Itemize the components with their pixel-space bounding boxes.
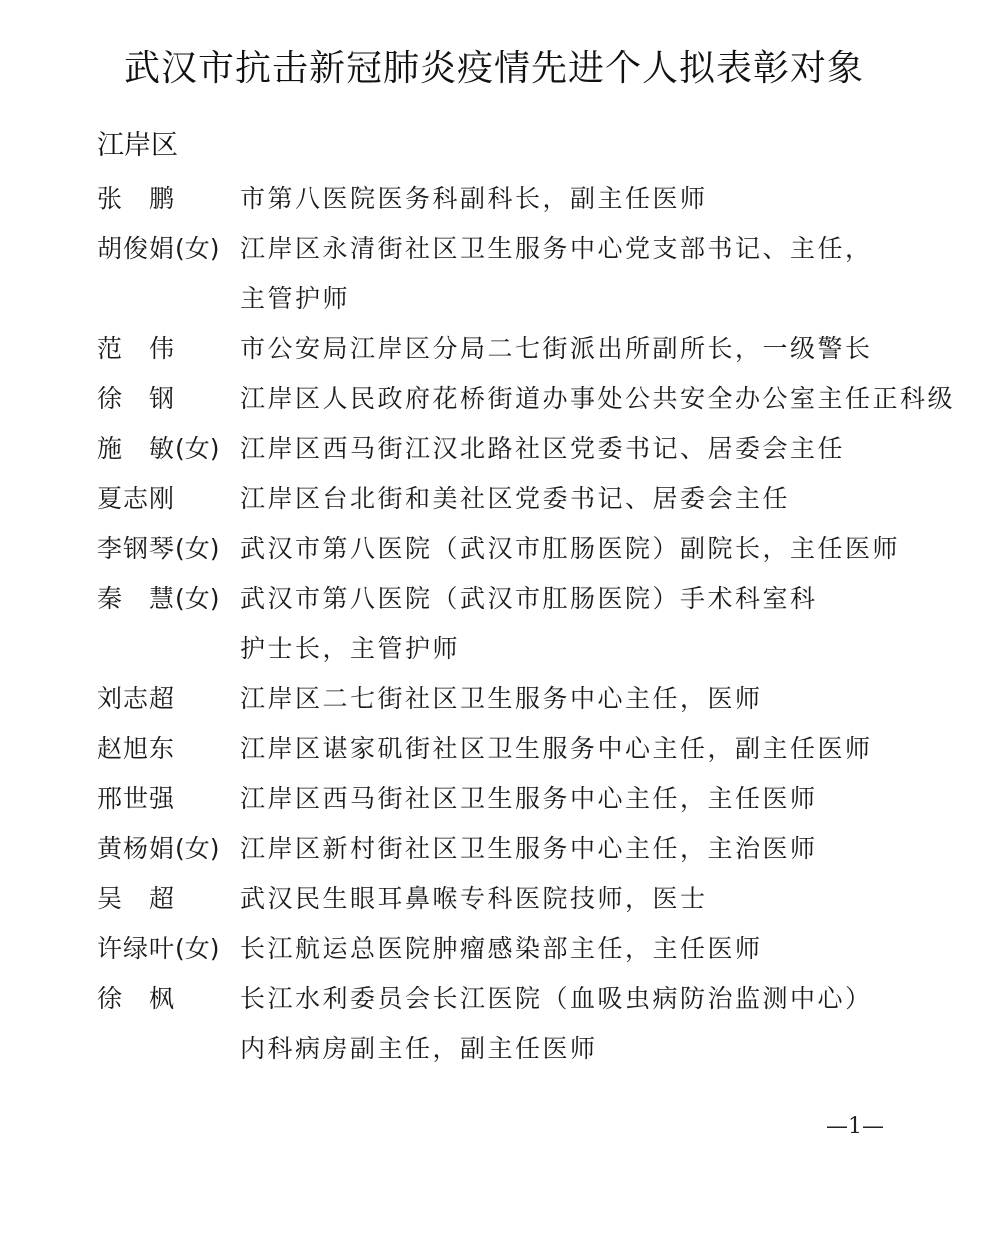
honoree-name-cell: 徐 钢 (97, 374, 240, 424)
gender-label: (女) (175, 584, 220, 613)
position-line: 市第八医院医务科副科长，副主任医师 (240, 174, 917, 224)
gender-label: (女) (175, 434, 220, 463)
position-line: 长江水利委员会长江医院（血吸虫病防治监测中心） (240, 974, 917, 1024)
honoree-position: 江岸区西马街社区卫生服务中心主任，主任医师 (240, 774, 917, 824)
position-line: 武汉市第八医院（武汉市肛肠医院）副院长，主任医师 (240, 524, 917, 574)
honoree-position: 武汉市第八医院（武汉市肛肠医院）手术科室科护士长，主管护师 (240, 574, 917, 674)
position-line: 江岸区谌家矶街社区卫生服务中心主任，副主任医师 (240, 724, 917, 774)
honoree-name: 吴 超 (97, 884, 175, 913)
position-line: 内科病房副主任，副主任医师 (240, 1024, 917, 1074)
position-line: 江岸区新村街社区卫生服务中心主任，主治医师 (240, 824, 917, 874)
honoree-entry: 范 伟市公安局江岸区分局二七街派出所副所长，一级警长 (97, 324, 917, 374)
honoree-name: 夏志刚 (97, 484, 175, 513)
position-line: 江岸区二七街社区卫生服务中心主任，医师 (240, 674, 917, 724)
honoree-name: 秦 慧 (97, 584, 175, 613)
honoree-name-cell: 张 鹏 (97, 174, 240, 224)
honoree-name: 张 鹏 (97, 184, 175, 213)
honoree-entry: 赵旭东江岸区谌家矶街社区卫生服务中心主任，副主任医师 (97, 724, 917, 774)
honoree-name: 徐 钢 (97, 384, 175, 413)
honoree-position: 江岸区新村街社区卫生服务中心主任，主治医师 (240, 824, 917, 874)
honoree-name-cell: 李钢琴(女) (97, 524, 240, 574)
honoree-list: 张 鹏市第八医院医务科副科长，副主任医师胡俊娟(女)江岸区永清街社区卫生服务中心… (97, 174, 917, 1074)
honoree-name-cell: 范 伟 (97, 324, 240, 374)
position-line: 市公安局江岸区分局二七街派出所副所长，一级警长 (240, 324, 917, 374)
honoree-entry: 胡俊娟(女)江岸区永清街社区卫生服务中心党支部书记、主任，主管护师 (97, 224, 917, 324)
honoree-position: 江岸区人民政府花桥街道办事处公共安全办公室主任正科级 (240, 374, 955, 424)
honoree-name: 胡俊娟 (97, 234, 175, 263)
honoree-name-cell: 夏志刚 (97, 474, 240, 524)
honoree-position: 长江航运总医院肿瘤感染部主任，主任医师 (240, 924, 917, 974)
position-line: 江岸区人民政府花桥街道办事处公共安全办公室主任正科级 (240, 374, 955, 424)
honoree-name-cell: 施 敏(女) (97, 424, 240, 474)
honoree-name: 黄杨娟 (97, 834, 175, 863)
page-number: —1— (826, 1112, 884, 1142)
honoree-name: 刘志超 (97, 684, 175, 713)
position-line: 武汉市第八医院（武汉市肛肠医院）手术科室科 (240, 574, 917, 624)
honoree-entry: 邢世强江岸区西马街社区卫生服务中心主任，主任医师 (97, 774, 917, 824)
gender-label: (女) (175, 834, 220, 863)
honoree-name-cell: 胡俊娟(女) (97, 224, 240, 274)
honoree-position: 武汉市第八医院（武汉市肛肠医院）副院长，主任医师 (240, 524, 917, 574)
honoree-entry: 秦 慧(女)武汉市第八医院（武汉市肛肠医院）手术科室科护士长，主管护师 (97, 574, 917, 674)
position-line: 江岸区永清街社区卫生服务中心党支部书记、主任， (240, 224, 917, 274)
honoree-position: 武汉民生眼耳鼻喉专科医院技师，医士 (240, 874, 917, 924)
honoree-position: 江岸区西马街江汉北路社区党委书记、居委会主任 (240, 424, 917, 474)
honoree-position: 江岸区永清街社区卫生服务中心党支部书记、主任，主管护师 (240, 224, 917, 324)
honoree-entry: 徐 枫长江水利委员会长江医院（血吸虫病防治监测中心）内科病房副主任，副主任医师 (97, 974, 917, 1074)
gender-label: (女) (175, 534, 220, 563)
document-title: 武汉市抗击新冠肺炎疫情先进个人拟表彰对象 (0, 42, 988, 96)
position-line: 长江航运总医院肿瘤感染部主任，主任医师 (240, 924, 917, 974)
honoree-entry: 徐 钢江岸区人民政府花桥街道办事处公共安全办公室主任正科级 (97, 374, 917, 424)
honoree-entry: 李钢琴(女)武汉市第八医院（武汉市肛肠医院）副院长，主任医师 (97, 524, 917, 574)
honoree-name: 赵旭东 (97, 734, 175, 763)
honoree-name-cell: 秦 慧(女) (97, 574, 240, 624)
honoree-name: 许绿叶 (97, 934, 175, 963)
honoree-name-cell: 吴 超 (97, 874, 240, 924)
honoree-entry: 施 敏(女)江岸区西马街江汉北路社区党委书记、居委会主任 (97, 424, 917, 474)
district-heading: 江岸区 (97, 126, 178, 166)
honoree-name-cell: 徐 枫 (97, 974, 240, 1024)
honoree-position: 市公安局江岸区分局二七街派出所副所长，一级警长 (240, 324, 917, 374)
position-line: 主管护师 (240, 274, 917, 324)
honoree-entry: 张 鹏市第八医院医务科副科长，副主任医师 (97, 174, 917, 224)
position-line: 江岸区台北街和美社区党委书记、居委会主任 (240, 474, 917, 524)
position-line: 江岸区西马街江汉北路社区党委书记、居委会主任 (240, 424, 917, 474)
honoree-name: 徐 枫 (97, 984, 175, 1013)
position-line: 护士长，主管护师 (240, 624, 917, 674)
honoree-entry: 许绿叶(女)长江航运总医院肿瘤感染部主任，主任医师 (97, 924, 917, 974)
honoree-position: 江岸区二七街社区卫生服务中心主任，医师 (240, 674, 917, 724)
position-line: 江岸区西马街社区卫生服务中心主任，主任医师 (240, 774, 917, 824)
document-page: 武汉市抗击新冠肺炎疫情先进个人拟表彰对象 江岸区 张 鹏市第八医院医务科副科长，… (0, 0, 988, 1234)
gender-label: (女) (175, 934, 220, 963)
honoree-name-cell: 邢世强 (97, 774, 240, 824)
honoree-name-cell: 赵旭东 (97, 724, 240, 774)
honoree-entry: 吴 超武汉民生眼耳鼻喉专科医院技师，医士 (97, 874, 917, 924)
honoree-position: 市第八医院医务科副科长，副主任医师 (240, 174, 917, 224)
honoree-entry: 刘志超江岸区二七街社区卫生服务中心主任，医师 (97, 674, 917, 724)
position-line: 武汉民生眼耳鼻喉专科医院技师，医士 (240, 874, 917, 924)
honoree-name: 李钢琴 (97, 534, 175, 563)
honoree-name-cell: 许绿叶(女) (97, 924, 240, 974)
honoree-name: 施 敏 (97, 434, 175, 463)
honoree-entry: 夏志刚江岸区台北街和美社区党委书记、居委会主任 (97, 474, 917, 524)
honoree-position: 江岸区谌家矶街社区卫生服务中心主任，副主任医师 (240, 724, 917, 774)
honoree-name: 范 伟 (97, 334, 175, 363)
honoree-position: 长江水利委员会长江医院（血吸虫病防治监测中心）内科病房副主任，副主任医师 (240, 974, 917, 1074)
honoree-position: 江岸区台北街和美社区党委书记、居委会主任 (240, 474, 917, 524)
honoree-name: 邢世强 (97, 784, 175, 813)
honoree-entry: 黄杨娟(女)江岸区新村街社区卫生服务中心主任，主治医师 (97, 824, 917, 874)
gender-label: (女) (175, 234, 220, 263)
honoree-name-cell: 黄杨娟(女) (97, 824, 240, 874)
honoree-name-cell: 刘志超 (97, 674, 240, 724)
